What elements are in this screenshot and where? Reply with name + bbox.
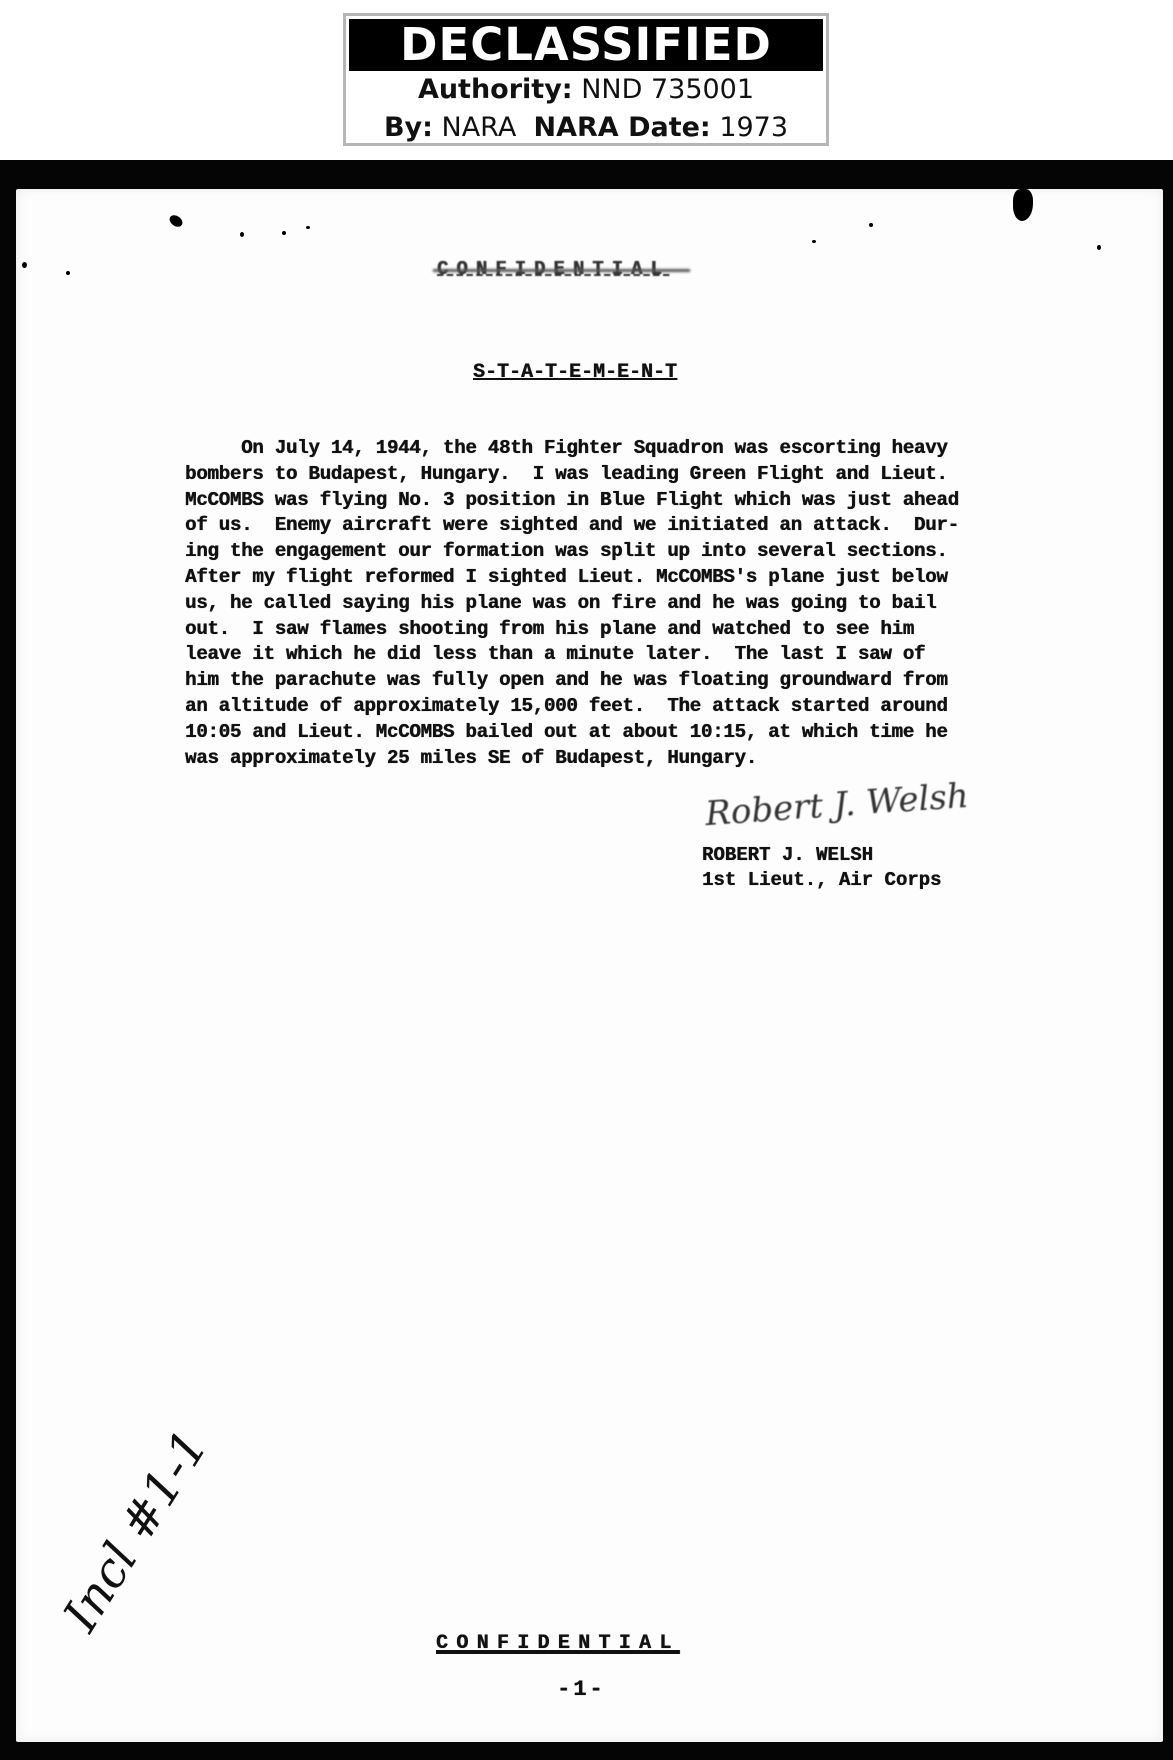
- body-line: leave it which he did less than a minute…: [185, 642, 1025, 668]
- ink-spot: [22, 262, 27, 268]
- classification-footer: CONFIDENTIAL: [436, 1632, 680, 1655]
- stamp-by-date: By: NARA NARA Date: 1973: [346, 109, 826, 147]
- body-line: was approximately 25 miles SE of Budapes…: [185, 746, 1025, 772]
- ink-spot: [306, 226, 310, 229]
- body-line: After my flight reformed I sighted Lieut…: [185, 565, 1025, 591]
- by-label: By:: [384, 112, 433, 143]
- signer-block: ROBERT J. WELSH 1st Lieut., Air Corps: [702, 843, 941, 893]
- ink-spot: [1013, 189, 1033, 221]
- stamp-authority: Authority: NND 735001: [346, 71, 826, 109]
- page-number: -1-: [557, 1677, 606, 1702]
- body-line: of us. Enemy aircraft were sighted and w…: [185, 513, 1025, 539]
- classification-header: CONFIDENTIAL: [437, 258, 670, 280]
- signer-rank: 1st Lieut., Air Corps: [702, 869, 941, 891]
- authority-label: Authority:: [418, 74, 573, 105]
- statement-body: On July 14, 1944, the 48th Fighter Squad…: [185, 436, 1025, 771]
- document-title: S-T-A-T-E-M-E-N-T: [473, 361, 677, 384]
- body-line: him the parachute was fully open and he …: [185, 668, 1025, 694]
- body-line: us, he called saying his plane was on fi…: [185, 591, 1025, 617]
- declassified-stamp: DECLASSIFIED Authority: NND 735001 By: N…: [343, 13, 829, 146]
- date-value: 1973: [719, 112, 788, 143]
- ink-spot: [282, 231, 286, 235]
- body-line: an altitude of approximately 15,000 feet…: [185, 694, 1025, 720]
- ink-spot: [240, 232, 244, 237]
- by-value: NARA: [442, 112, 517, 143]
- body-line: On July 14, 1944, the 48th Fighter Squad…: [185, 436, 1025, 462]
- body-line: bombers to Budapest, Hungary. I was lead…: [185, 462, 1025, 488]
- date-label: NARA Date:: [534, 112, 711, 143]
- signer-name: ROBERT J. WELSH: [702, 844, 873, 866]
- body-line: McCOMBS was flying No. 3 position in Blu…: [185, 488, 1025, 514]
- body-line: ing the engagement our formation was spl…: [185, 539, 1025, 565]
- document-paper: [16, 189, 1163, 1742]
- scanned-page-frame: [0, 160, 1173, 1760]
- ink-spot: [869, 223, 873, 227]
- authority-value: NND 735001: [581, 74, 754, 105]
- ink-spot: [66, 271, 70, 275]
- ink-spot: [1097, 245, 1101, 250]
- stamp-banner: DECLASSIFIED: [349, 19, 823, 71]
- body-line: out. I saw flames shooting from his plan…: [185, 617, 1025, 643]
- ink-spot: [812, 240, 816, 243]
- ink-spot: [167, 213, 184, 229]
- body-line: 10:05 and Lieut. McCOMBS bailed out at a…: [185, 720, 1025, 746]
